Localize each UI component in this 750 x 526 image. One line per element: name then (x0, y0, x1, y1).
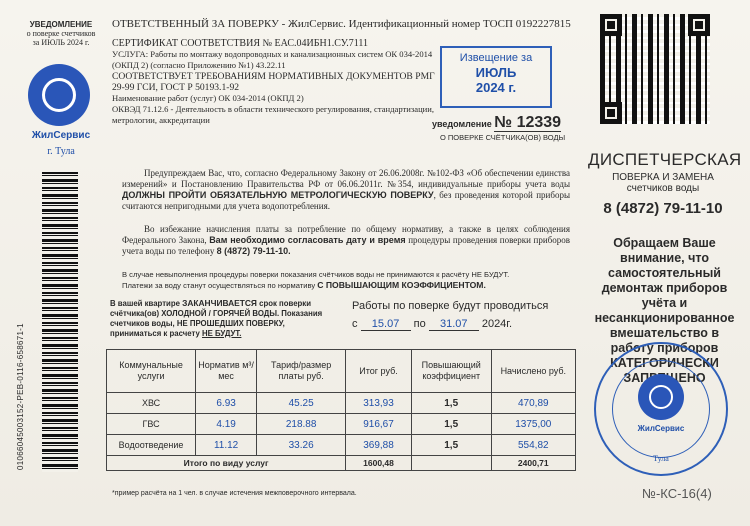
table-row: ХВС 6.93 45.25 313,93 1,5 470,89 (107, 393, 576, 414)
notice-number: № 12339 (494, 114, 561, 132)
service-name: Наименование работ (услуг) ОК 034-2014 (… (112, 93, 437, 104)
work-period-label: Работы по поверке будут проводиться (352, 300, 548, 312)
notice-line-2: за ИЮЛЬ 2024 г. (33, 38, 90, 47)
dispatch-block: ДИСПЕТЧЕРСКАЯ ПОВЕРКА И ЗАМЕНА счетчиков… (588, 150, 738, 217)
dispatch-title: ДИСПЕТЧЕРСКАЯ (588, 150, 738, 170)
schedule-phone: 8 (4872) 79-11-10. (217, 246, 291, 256)
date-from: 15.07 (361, 318, 411, 331)
form-number: №-КС-16(4) (642, 486, 712, 501)
notice-number-label: уведомление (432, 119, 492, 129)
month-stamp: Извещение за ИЮЛЬ 2024 г. (440, 46, 552, 108)
notice-title: УВЕДОМЛЕНИЕ (30, 20, 93, 29)
dispatch-subtitle-2: счетчиков воды (588, 183, 738, 194)
company-seal-icon: ЖилСервис Тула (594, 342, 728, 476)
notice-label: УВЕДОМЛЕНИЕ о поверке счетчиков за ИЮЛЬ … (18, 20, 104, 47)
brand-city: г. Тула (22, 146, 100, 157)
paragraph-law: Предупреждаем Вас, что, согласно Федерал… (122, 168, 570, 212)
seal-city: Тула (596, 454, 726, 463)
responsible-line: ОТВЕТСТВЕННЫЙ ЗА ПОВЕРКУ - ЖилСервис. Ид… (112, 18, 571, 30)
dispatch-phone: 8 (4872) 79-11-10 (588, 200, 738, 217)
table-header-row: Коммунальные услуги Норматив м³/мес Тари… (107, 350, 576, 393)
table-row: Водоотведение 11.12 33.26 369,88 1,5 554… (107, 435, 576, 456)
barcode-icon (42, 172, 78, 472)
footnote: *пример расчёта на 1 чел. в случае истеч… (112, 490, 357, 497)
paragraph-schedule: Во избежание начисления платы за потребл… (122, 224, 570, 257)
dispatch-subtitle: ПОВЕРКА И ЗАМЕНА (588, 172, 738, 183)
certificate-block: СЕРТИФИКАТ СООТВЕТСТВИЯ № ЕАС.04ИБН1.СУ.… (112, 38, 437, 126)
standards: СООТВЕТСТВУЕТ ТРЕБОВАНИЯМ НОРМАТИВНЫХ ДО… (112, 71, 437, 93)
stamp-month: ИЮЛЬ (442, 65, 550, 80)
date-to: 31.07 (429, 318, 479, 331)
seal-brand: ЖилСервис (596, 424, 726, 433)
qr-code-icon (600, 14, 710, 124)
work-period-dates: с 15.07 по 31.07 2024г. (352, 318, 512, 331)
stamp-line-1: Извещение за (442, 52, 550, 64)
paragraph-expiring: В вашей квартире ЗАКАНЧИВАЕТСЯ срок пове… (110, 298, 332, 339)
notice-line-1: о поверке счетчиков (27, 29, 96, 38)
notice-subtitle: О ПОВЕРКЕ СЧЁТЧИКА(ОВ) ВОДЫ (440, 133, 565, 142)
table-total-row: Итого по виду услуг 1600,48 2400,71 (107, 456, 576, 471)
service: УСЛУГА: Работы по монтажу водопроводных … (112, 49, 437, 71)
notice-document: УВЕДОМЛЕНИЕ о поверке счетчиков за ИЮЛЬ … (0, 0, 750, 526)
company-logo-icon (28, 64, 90, 126)
okved: ОКВЭД 71.12.6 - Деятельность в области т… (112, 104, 437, 126)
certificate: СЕРТИФИКАТ СООТВЕТСТВИЯ № ЕАС.04ИБН1.СУ.… (112, 38, 437, 49)
charges-table: Коммунальные услуги Норматив м³/мес Тари… (106, 349, 576, 471)
brand-name: ЖилСервис (22, 130, 100, 141)
stamp-year: 2024 г. (442, 80, 550, 95)
barcode-number: 01066045003152-РЕВ-0116-658671-1 (16, 170, 25, 470)
table-row: ГВС 4.19 218.88 916,67 1,5 1375,00 (107, 414, 576, 435)
notice-number-block: уведомление № 12339 (432, 114, 561, 132)
paragraph-penalty: В случае невыполнения процедуры поверки … (122, 270, 570, 291)
